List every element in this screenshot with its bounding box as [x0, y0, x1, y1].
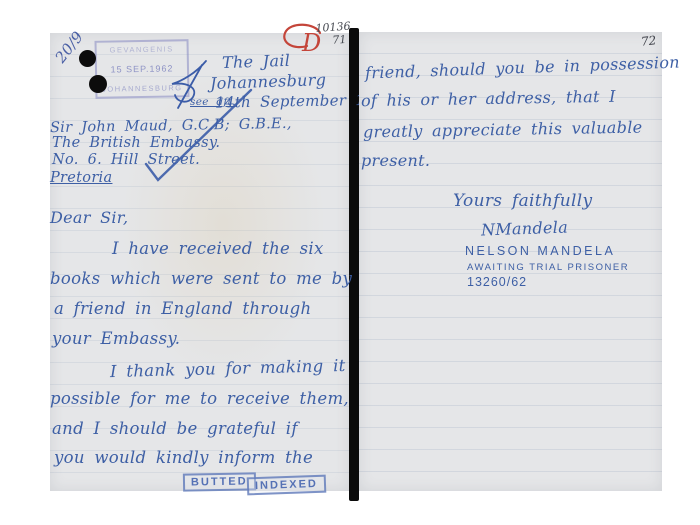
body-line: and I should be grateful if: [52, 420, 298, 438]
prisoner-number: 13260/62: [467, 275, 527, 289]
butted-stamp: BUTTED: [183, 472, 256, 491]
body-line: I have received the six: [112, 240, 324, 258]
signature: NMandela: [481, 218, 569, 239]
letter-page-1: 20/9 GEVANGENIS 15 SEP.1962 JOHANNESBURG…: [50, 33, 349, 491]
signer-name: NELSON MANDELA: [465, 244, 615, 258]
body-line: your Embassy.: [52, 330, 180, 348]
punch-hole: [89, 75, 107, 93]
body-line: possible for me to receive them,: [50, 390, 349, 408]
sender-address-line: The Jail: [222, 52, 291, 72]
page-number: 72: [640, 33, 657, 49]
punch-hole: [79, 50, 96, 67]
letter-page-2: 72 friend, should you be in possession o…: [359, 32, 662, 491]
archive-ref-line2: 71: [308, 33, 352, 49]
body-line: books which were sent to me by: [50, 270, 352, 288]
body-line: a friend in England through: [54, 300, 311, 318]
body-line: present.: [361, 152, 430, 170]
body-line: greatly appreciate this valuable: [363, 119, 643, 141]
body-line: of his or her address, that I: [361, 88, 616, 110]
body-line: friend, should you be in possession: [365, 54, 680, 83]
address-check-mark: [138, 81, 260, 193]
body-line: you would kindly inform the: [54, 449, 313, 467]
closing: Yours faithfully: [453, 192, 592, 211]
archive-reference-number: 10136 71: [307, 20, 352, 49]
salutation: Dear Sir,: [50, 209, 128, 227]
recipient-line: Pretoria: [50, 171, 112, 187]
prisoner-status: AWAITING TRIAL PRISONER: [467, 262, 629, 273]
letter-scan: 20/9 GEVANGENIS 15 SEP.1962 JOHANNESBURG…: [0, 0, 700, 525]
indexed-stamp: INDEXED: [247, 475, 326, 496]
body-line: I thank you for making it: [110, 357, 346, 381]
